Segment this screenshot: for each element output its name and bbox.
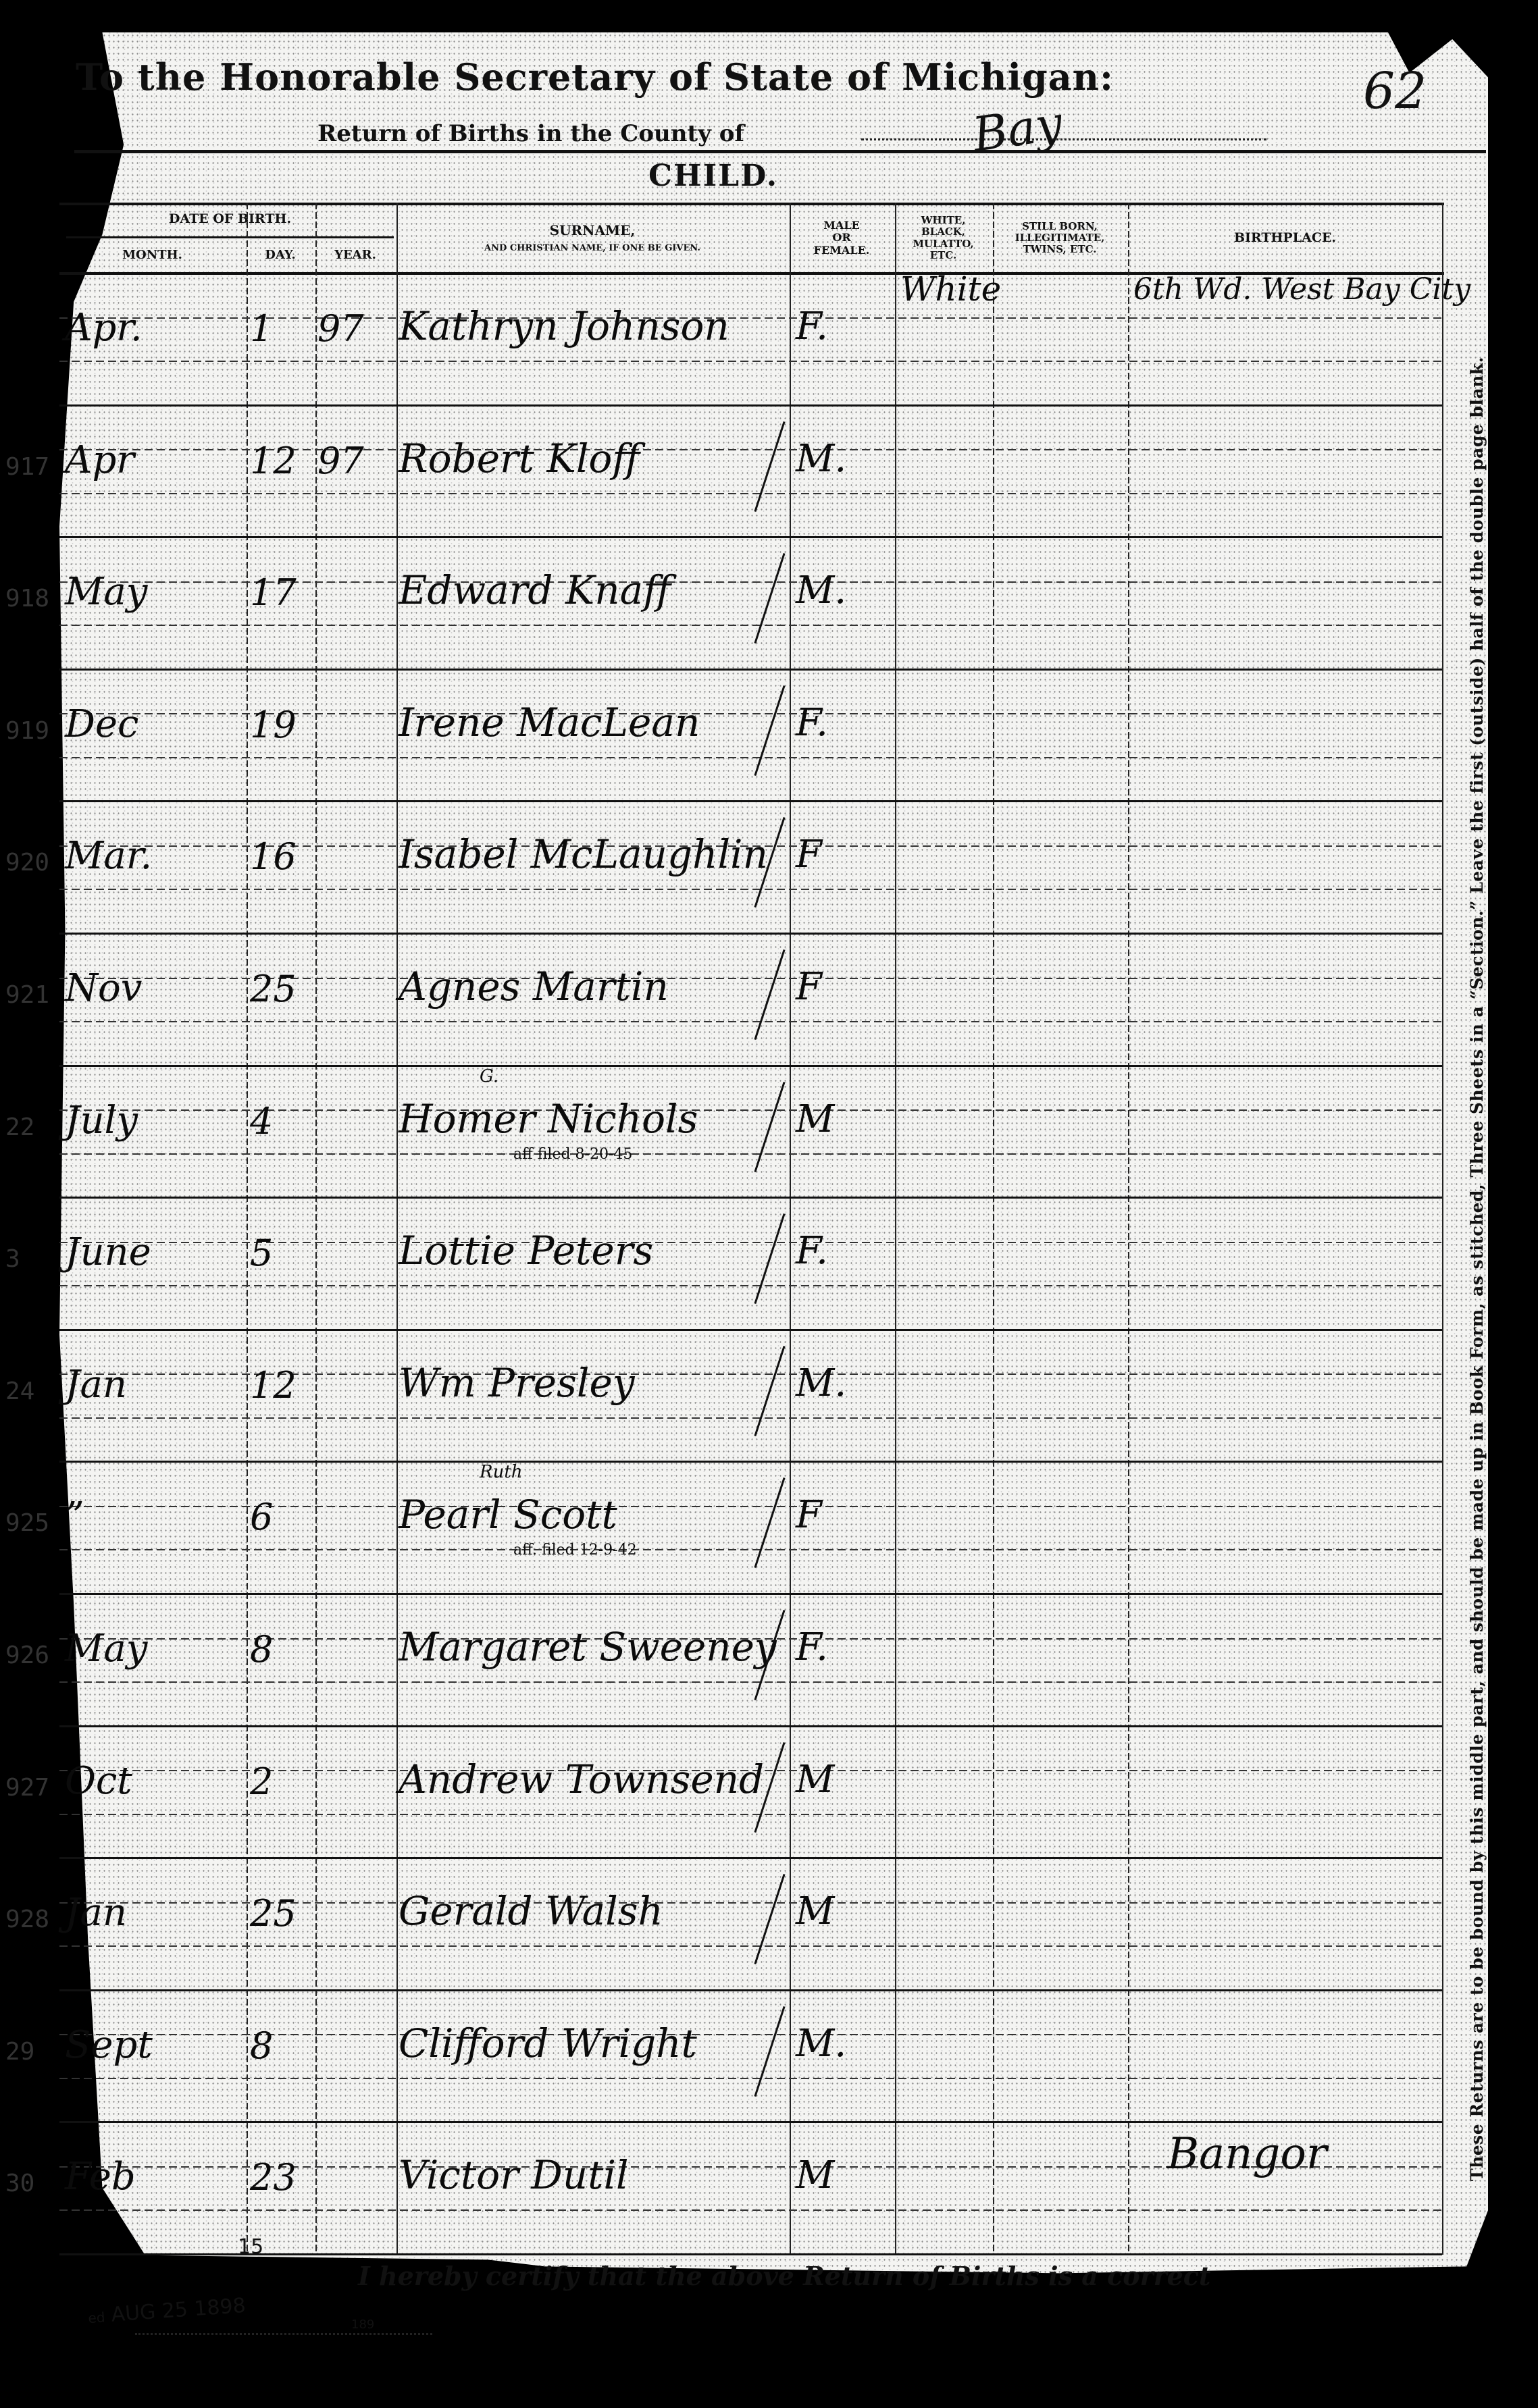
birth-month: Dec bbox=[65, 702, 138, 746]
birth-day: 5 bbox=[250, 1232, 273, 1274]
table-row: 29Sept8Clifford WrightM. bbox=[59, 1991, 1442, 2123]
header-sex: MALE OR FEMALE. bbox=[790, 203, 894, 273]
registration-number: 917 bbox=[5, 453, 49, 481]
header-surname: SURNAME, AND CHRISTIAN NAME, IF ONE BE G… bbox=[396, 203, 788, 273]
table-row: 921Nov25Agnes MartinF bbox=[59, 934, 1442, 1066]
header-race-line: WHITE, bbox=[921, 215, 966, 226]
birth-month: Mar. bbox=[65, 834, 152, 878]
registration-number: 3 bbox=[5, 1245, 20, 1273]
table-row: 925”6Pearl ScottFRuthaff. filed 12-9-42 bbox=[59, 1462, 1442, 1594]
check-mark-icon bbox=[754, 553, 785, 644]
birth-day: 12 bbox=[250, 1364, 297, 1407]
registration-number: 927 bbox=[5, 1774, 49, 1802]
birth-month: June bbox=[65, 1230, 151, 1274]
birth-year: 97 bbox=[317, 440, 364, 482]
child-name: Clifford Wright bbox=[399, 2020, 697, 2066]
table-row: 22July4Homer NicholsMG.aff filed 8-20-45 bbox=[59, 1066, 1442, 1199]
child-sex: M bbox=[796, 2153, 834, 2197]
child-name: Homer Nichols bbox=[399, 1096, 698, 1142]
child-name: Robert Kloff bbox=[399, 436, 640, 481]
registration-number: 921 bbox=[5, 981, 49, 1009]
header-day: DAY. bbox=[247, 238, 314, 273]
child-sex: F bbox=[796, 1493, 822, 1537]
child-race: White bbox=[900, 269, 1001, 309]
title-rule bbox=[74, 150, 1486, 153]
child-name: Lottie Peters bbox=[399, 1228, 653, 1274]
table-row: 918May17Edward KnaffM. bbox=[59, 538, 1442, 670]
birth-day: 17 bbox=[250, 571, 297, 614]
binding-instructions: These Returns are to be bound by this mi… bbox=[1467, 263, 1487, 2181]
birth-day: 23 bbox=[250, 2156, 297, 2199]
birth-month: Sept bbox=[65, 2023, 153, 2067]
child-name: Victor Dutil bbox=[399, 2152, 629, 2198]
header-race-line: BLACK, bbox=[921, 226, 965, 238]
birth-month: Nov bbox=[65, 966, 142, 1010]
birth-month: May bbox=[65, 570, 147, 614]
child-sex: M. bbox=[796, 569, 846, 612]
child-sex: F. bbox=[796, 701, 828, 745]
birth-day: 8 bbox=[250, 2024, 273, 2067]
header-year: YEAR. bbox=[315, 238, 395, 273]
check-mark-icon bbox=[754, 685, 785, 776]
child-name: Margaret Sweeney bbox=[399, 1624, 777, 1670]
header-race-line: ETC. bbox=[930, 250, 957, 261]
certification-statement: I hereby certify that the above Return o… bbox=[358, 2261, 1210, 2291]
affidavit-note: aff filed 8-20-45 bbox=[513, 1146, 632, 1163]
header-race-line: MULATTO, bbox=[913, 238, 973, 250]
birth-month: July bbox=[65, 1099, 138, 1143]
child-sex: M bbox=[796, 1889, 834, 1933]
check-mark-icon bbox=[754, 1082, 785, 1172]
registration-number: 918 bbox=[5, 585, 49, 612]
name-correction: Ruth bbox=[480, 1462, 523, 1482]
child-name: Gerald Walsh bbox=[399, 1888, 663, 1934]
header-status-line: STILL BORN, bbox=[1022, 221, 1098, 232]
birth-day: 25 bbox=[250, 968, 297, 1010]
table-row: 927Oct2Andrew TownsendM bbox=[59, 1727, 1442, 1859]
birth-day: 8 bbox=[250, 1628, 273, 1671]
check-mark-icon bbox=[754, 2006, 785, 2097]
registration-number: 22 bbox=[5, 1114, 34, 1141]
birthplace: 6th Wd. West Bay City bbox=[1133, 272, 1470, 307]
child-name: Andrew Townsend bbox=[399, 1756, 764, 1802]
entry-count-mark: 15 bbox=[238, 2235, 263, 2259]
birth-day: 12 bbox=[250, 440, 297, 482]
birth-month: Feb bbox=[65, 2155, 136, 2199]
birth-month: Jan bbox=[65, 1891, 127, 1935]
child-sex: M bbox=[796, 1097, 834, 1141]
header-surname-title: SURNAME, bbox=[550, 223, 636, 238]
birth-day: 1 bbox=[250, 307, 273, 350]
child-sex: M. bbox=[796, 1361, 846, 1405]
registration-number: 29 bbox=[5, 2038, 34, 2066]
birth-day: 25 bbox=[250, 1892, 297, 1935]
header-status: STILL BORN, ILLEGITIMATE, TWINS, ETC. bbox=[993, 203, 1127, 273]
document-title: To the Honorable Secretary of State of M… bbox=[76, 55, 1114, 99]
child-sex: F. bbox=[796, 1229, 828, 1273]
check-mark-icon bbox=[754, 949, 785, 1040]
child-sex: M. bbox=[796, 437, 846, 481]
received-date-stamp: ed AUG 25 1898 bbox=[87, 2294, 247, 2328]
child-sex: F bbox=[796, 833, 822, 876]
check-mark-icon bbox=[754, 1477, 785, 1568]
header-sex-line: OR bbox=[832, 232, 850, 244]
header-date-of-birth: DATE OF BIRTH. bbox=[66, 203, 394, 236]
name-correction: G. bbox=[480, 1066, 498, 1087]
check-mark-icon bbox=[754, 1213, 785, 1304]
check-mark-icon bbox=[754, 1346, 785, 1436]
registration-number: 30 bbox=[5, 2170, 34, 2197]
table-row: 30Feb23Victor DutilMBangor bbox=[59, 2122, 1442, 2255]
registration-number: 928 bbox=[5, 1906, 49, 1933]
header-month: MONTH. bbox=[59, 238, 245, 273]
date-fill-line bbox=[135, 2333, 432, 2335]
header-birthplace: BIRTHPLACE. bbox=[1128, 203, 1442, 273]
check-mark-icon bbox=[754, 421, 785, 512]
table-row: 919Dec19Irene MacLeanF. bbox=[59, 670, 1442, 802]
birth-day: 2 bbox=[250, 1760, 273, 1803]
stamp-date: AUG 25 1898 bbox=[111, 2294, 247, 2327]
child-name: Irene MacLean bbox=[399, 700, 700, 745]
child-name: Wm Presley bbox=[399, 1360, 635, 1406]
birth-month: Jan bbox=[65, 1363, 127, 1407]
birth-month: Apr. bbox=[65, 306, 143, 350]
birth-day: 6 bbox=[250, 1496, 273, 1538]
birth-day: 19 bbox=[250, 704, 297, 746]
stamp-prefix: ed bbox=[88, 2309, 106, 2326]
birth-month: May bbox=[65, 1627, 147, 1671]
table-row: 917Apr1297Robert KloffM. bbox=[59, 406, 1442, 538]
child-sex: F. bbox=[796, 305, 828, 348]
table-row: Apr.197Kathryn JohnsonF.White6th Wd. Wes… bbox=[59, 273, 1442, 406]
date-year-prefix: 189 bbox=[351, 2318, 374, 2332]
header-sex-line: MALE bbox=[823, 219, 860, 232]
birth-day: 16 bbox=[250, 835, 297, 878]
child-sex: F bbox=[796, 965, 822, 1009]
header-sex-line: FEMALE. bbox=[814, 244, 870, 257]
affidavit-note: aff. filed 12-9-42 bbox=[513, 1542, 637, 1559]
registration-number: 919 bbox=[5, 717, 49, 745]
registration-number: 926 bbox=[5, 1642, 49, 1669]
return-subtitle: Return of Births in the County of bbox=[317, 120, 744, 147]
check-mark-icon bbox=[754, 1874, 785, 1964]
table-row: 3June5Lottie PetersF. bbox=[59, 1198, 1442, 1330]
child-sex: M bbox=[796, 1758, 834, 1802]
page-number: 62 bbox=[1363, 62, 1427, 120]
registration-number: 24 bbox=[5, 1378, 34, 1405]
child-name: Pearl Scott bbox=[399, 1492, 617, 1538]
birthplace: Bangor bbox=[1167, 2129, 1327, 2179]
birth-year: 97 bbox=[317, 307, 364, 350]
table-row: 24Jan12Wm PresleyM. bbox=[59, 1330, 1442, 1463]
registration-number: 925 bbox=[5, 1509, 49, 1537]
birth-month: ” bbox=[65, 1494, 84, 1538]
child-name: Agnes Martin bbox=[399, 964, 669, 1010]
birth-day: 4 bbox=[250, 1100, 273, 1143]
child-name: Isabel McLaughlin bbox=[399, 831, 768, 877]
table-row: 926May8Margaret SweeneyF. bbox=[59, 1594, 1442, 1727]
child-name: Kathryn Johnson bbox=[399, 303, 729, 349]
header-status-line: ILLEGITIMATE, bbox=[1015, 232, 1105, 244]
column-divider bbox=[1442, 203, 1443, 2255]
header-race: WHITE, BLACK, MULATTO, ETC. bbox=[895, 203, 992, 273]
child-sex: F. bbox=[796, 1625, 828, 1669]
header-surname-sub: AND CHRISTIAN NAME, IF ONE BE GIVEN. bbox=[484, 244, 700, 254]
table-row: 920Mar.16Isabel McLaughlinF bbox=[59, 802, 1442, 934]
table-row: 928Jan25Gerald WalshM bbox=[59, 1858, 1442, 1991]
header-status-line: TWINS, ETC. bbox=[1023, 244, 1097, 255]
registration-number: 920 bbox=[5, 849, 49, 876]
birth-month: Apr bbox=[65, 438, 134, 482]
birth-month: Oct bbox=[65, 1759, 132, 1803]
section-heading: CHILD. bbox=[648, 159, 778, 193]
child-name: Edward Knaff bbox=[399, 567, 671, 613]
child-sex: M. bbox=[796, 2022, 846, 2066]
